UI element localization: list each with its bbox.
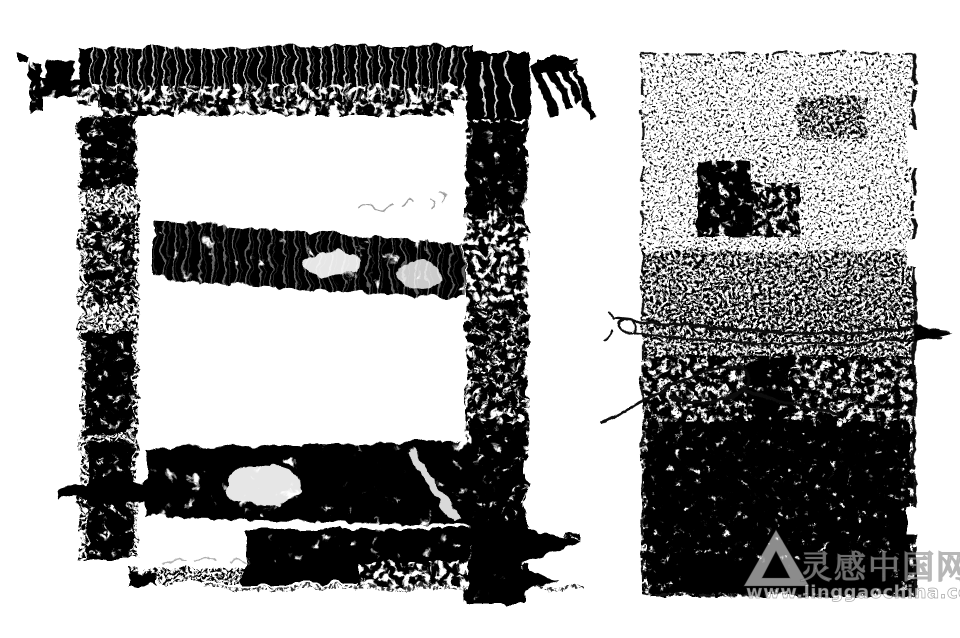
top-bar-fringe [100, 99, 450, 113]
band-hole [302, 249, 358, 275]
bottom-solid-strip [243, 561, 355, 582]
top-right-corner-block [465, 50, 527, 118]
grunge-texture-canvas: 灵感中国网 www.linggaochina.com [0, 0, 960, 638]
band2-solid-stroke [148, 446, 248, 468]
edge-notch [905, 128, 922, 168]
left-bar-segment [82, 330, 132, 432]
watermark-site-name: 灵感中国网 [800, 548, 960, 586]
band2-dense-patch [300, 450, 412, 512]
bottom-left-blob [127, 572, 153, 584]
left-bar-segment [80, 114, 134, 186]
wire-tip [912, 324, 950, 342]
band-hole [224, 464, 300, 504]
patch [655, 470, 740, 570]
patch [795, 95, 865, 137]
central-dark-streak [745, 355, 791, 565]
top-bar-left-tail [30, 76, 82, 94]
bottom-scribble [162, 555, 242, 562]
band-hole [396, 257, 440, 287]
left-grunge-frame-texture [16, 43, 593, 602]
right-grunge-rect-texture [602, 52, 950, 595]
grunge-texture-sheet: 灵感中国网 www.linggaochina.com [0, 0, 960, 638]
right-bar-segment [466, 120, 524, 212]
arrow-wedge [520, 568, 558, 592]
patch [740, 180, 798, 235]
bottom-blob-row [243, 527, 467, 561]
corner-dot [16, 52, 24, 62]
wire-hook-prongs [605, 312, 612, 339]
arrow-dash [560, 530, 578, 537]
watermark-url: www.linggaochina.com [746, 582, 960, 603]
edge-notch [905, 505, 922, 535]
patch [660, 300, 900, 340]
right-bar-segment [468, 300, 524, 410]
left-bar-segment [84, 210, 132, 302]
edge-notch [905, 238, 920, 264]
scribble-marks [358, 190, 443, 209]
right-bar-bottom-chunk [468, 520, 520, 602]
bottom-gray-strip [355, 558, 467, 584]
top-bar-drip [96, 92, 122, 105]
